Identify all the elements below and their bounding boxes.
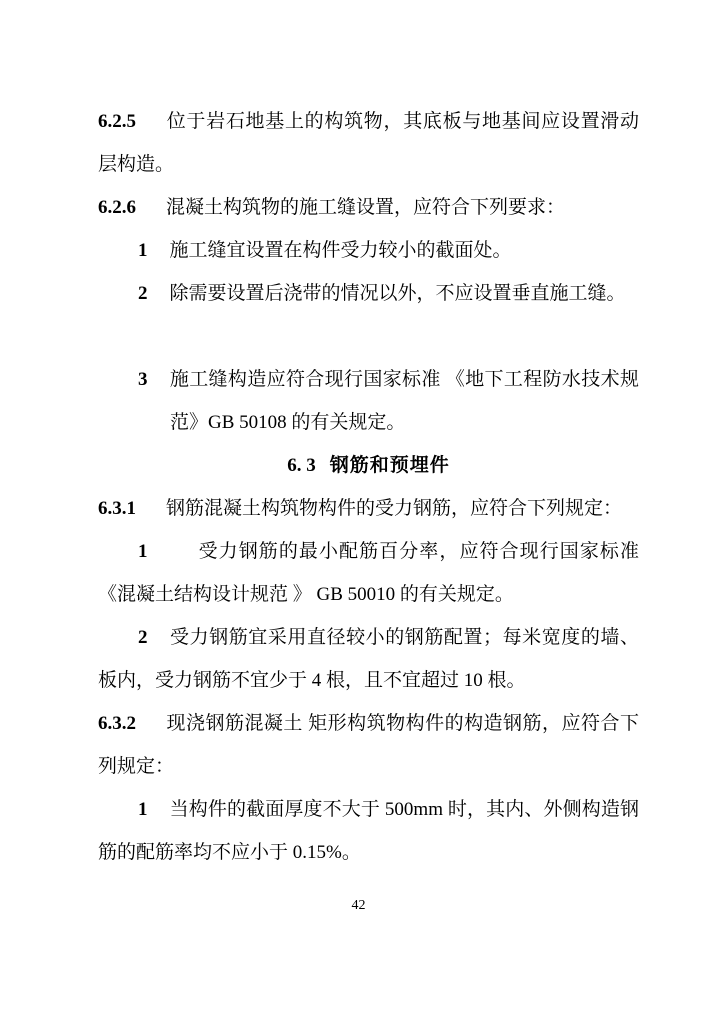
section-title: 钢筋和预埋件 [330, 455, 450, 476]
item-text: 施工缝宜设置在构件受力较小的截面处。 [170, 240, 512, 261]
clause-number: 6.3.1 [98, 498, 136, 519]
item-number: 1 [138, 541, 148, 562]
item-text: 受力钢筋宜采用直径较小的钢筋配置；每米宽度的墙、板内，受力钢筋不宜少于 4 根，… [98, 627, 639, 691]
section-number: 6. 3 [287, 455, 316, 476]
page-number: 42 [0, 896, 717, 916]
clause-6-3-2-item-1: 1当构件的截面厚度不大于 500mm 时，其内、外侧构造钢筋的配筋率均不应小于 … [98, 788, 639, 874]
clause-text: 位于岩石地基上的构筑物，其底板与地基间应设置滑动层构造。 [98, 111, 639, 175]
item-number: 2 [138, 627, 148, 648]
item-text: 施工缝构造应符合现行国家标准 《地下工程防水技术规范》GB 50108 的有关规… [170, 369, 640, 433]
clause-6-3-2: 6.3.2现浇钢筋混凝土 矩形构筑物构件的构造钢筋，应符合下列规定： [98, 702, 639, 788]
clause-text: 钢筋混凝土构筑物构件的受力钢筋，应符合下列规定： [166, 498, 622, 519]
clause-6-2-6-item-1: 1施工缝宜设置在构件受力较小的截面处。 [98, 229, 639, 272]
clause-number: 6.2.5 [98, 111, 136, 132]
clause-text: 现浇钢筋混凝土 矩形构筑物构件的构造钢筋，应符合下列规定： [98, 713, 639, 777]
clause-6-3-1: 6.3.1钢筋混凝土构筑物构件的受力钢筋，应符合下列规定： [98, 487, 639, 530]
clause-text: 混凝土构筑物的施工缝设置，应符合下列要求： [166, 197, 565, 218]
item-number: 2 [138, 283, 148, 304]
clause-number: 6.3.2 [98, 713, 136, 734]
clause-6-2-6: 6.2.6混凝土构筑物的施工缝设置，应符合下列要求： [98, 186, 639, 229]
document-body: 6.2.5位于岩石地基上的构筑物，其底板与地基间应设置滑动层构造。 6.2.6混… [98, 100, 639, 874]
item-number: 3 [138, 369, 148, 390]
clause-6-2-5: 6.2.5位于岩石地基上的构筑物，其底板与地基间应设置滑动层构造。 [98, 100, 639, 186]
item-text: 当构件的截面厚度不大于 500mm 时，其内、外侧构造钢筋的配筋率均不应小于 0… [98, 799, 639, 863]
clause-6-2-6-item-3: 3施工缝构造应符合现行国家标准 《地下工程防水技术规范》GB 50108 的有关… [98, 358, 639, 444]
clause-number: 6.2.6 [98, 197, 136, 218]
item-number: 1 [138, 240, 148, 261]
clause-6-3-1-item-2: 2受力钢筋宜采用直径较小的钢筋配置；每米宽度的墙、板内，受力钢筋不宜少于 4 根… [98, 616, 639, 702]
clause-6-3-1-item-1: 1受力钢筋的最小配筋百分率，应符合现行国家标准《混凝土结构设计规范 》 GB 5… [98, 530, 639, 616]
clause-6-2-6-item-2: 2除需要设置后浇带的情况以外，不应设置垂直施工缝。 [98, 272, 639, 315]
section-heading-6-3: 6. 3钢筋和预埋件 [98, 444, 639, 487]
item-number: 1 [138, 799, 148, 820]
document-page: 6.2.5位于岩石地基上的构筑物，其底板与地基间应设置滑动层构造。 6.2.6混… [0, 0, 717, 1012]
item-text: 受力钢筋的最小配筋百分率，应符合现行国家标准《混凝土结构设计规范 》 GB 50… [98, 541, 639, 605]
item-text: 除需要设置后浇带的情况以外，不应设置垂直施工缝。 [170, 283, 626, 304]
